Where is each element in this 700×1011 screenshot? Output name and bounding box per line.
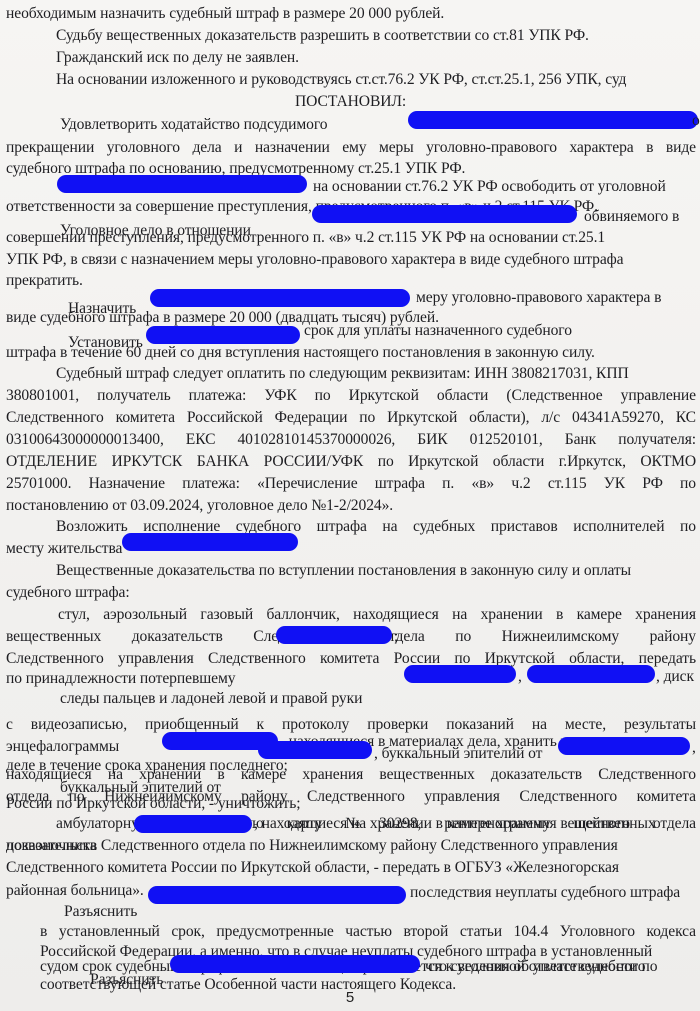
redaction-mark: [134, 815, 252, 833]
text-fragment: срок для уплаты назначенного судебного: [304, 322, 572, 340]
redaction-mark: [404, 665, 516, 683]
redaction-mark: [170, 955, 420, 973]
text-line: прекратить.: [6, 272, 83, 290]
text-line: необходимым назначить судебный штраф в р…: [6, 5, 444, 23]
text-fragment: следы пальцев и ладоней левой и правой р…: [60, 690, 362, 708]
text-fragment: ,: [692, 739, 696, 757]
text-line: Судьбу вещественных доказательств разреш…: [56, 27, 589, 45]
text-fragment: о: [692, 112, 700, 130]
text-line: доказательств Следственного отдела по Ни…: [6, 837, 696, 855]
text-line: Судебный штраф следует оплатить по следу…: [56, 365, 696, 383]
section-heading: ПОСТАНОВИЛ:: [295, 93, 406, 111]
text-line: ОТДЕЛЕНИЕ ИРКУТСК БАНКА РОССИИ/УФК по Ир…: [6, 453, 696, 471]
text-line: На основании изложенного и руководствуяс…: [56, 71, 696, 89]
page-number: 5: [0, 989, 700, 1006]
text-line: Следственного комитета Российской Федера…: [6, 409, 696, 427]
text-fragment: энцефалограммы: [6, 738, 119, 756]
redaction-mark: [258, 741, 372, 759]
text-line: Вещественные доказательства по вступлени…: [56, 562, 696, 580]
text-fragment: обвиняемого в: [584, 208, 679, 226]
text-line: Гражданский иск по делу не заявлен.: [56, 49, 299, 67]
text-line: с видеозаписью, приобщенный к протоколу …: [6, 716, 696, 734]
text-line: находящиеся на хранении в камере хранени…: [6, 766, 696, 784]
text-line: в установленный срок, предусмотренные ча…: [40, 923, 696, 941]
text-fragment: по принадлежности потерпевшему: [6, 670, 235, 688]
redaction-mark: [276, 626, 392, 644]
text-fragment: что сведения об уплате судебного: [425, 958, 645, 976]
scanned-document-page: необходимым назначить судебный штраф в р…: [0, 0, 700, 1011]
redaction-mark: [146, 326, 300, 344]
text-fragment: , буккальный эпителий от: [374, 745, 542, 763]
redaction-mark: [527, 665, 655, 683]
text-fragment: , находящиеся на хранении в камере хране…: [254, 815, 656, 833]
redaction-mark: [150, 289, 410, 307]
text-fragment: последствия неуплаты судебного штрафа: [410, 884, 680, 902]
text-line: совершении преступления, предусмотренног…: [6, 229, 696, 247]
text-line: Следственного комитета России по Иркутск…: [6, 859, 696, 877]
text-line: Удовлетворить ходатайство подсудимого: [60, 116, 327, 134]
text-fragment: ;: [394, 628, 398, 646]
text-fragment: Удовлетворить ходатайство подсудимого: [60, 116, 327, 133]
redaction-mark: [408, 111, 698, 129]
text-line: районная больница».: [6, 882, 144, 900]
text-line: постановлению от 03.09.2024, уголовное д…: [6, 497, 393, 515]
text-line: России по Иркутской области, - уничтожит…: [6, 795, 300, 813]
text-line: штрафа в течение 60 дней со дня вступлен…: [6, 344, 595, 362]
text-fragment: месту жительства: [6, 540, 122, 558]
text-fragment: Разъяснить: [64, 903, 137, 921]
text-line: УПК РФ, в связи с назначением меры уголо…: [6, 251, 623, 269]
text-line: стул, аэрозольный газовый баллончик, нах…: [58, 606, 696, 624]
redaction-mark: [558, 737, 690, 755]
text-fragment: Разъяснить: [90, 971, 163, 989]
redaction-mark: [57, 175, 307, 193]
redaction-mark: [148, 886, 406, 904]
redaction-mark: [122, 533, 298, 551]
text-line: 380801001, получатель платежа: УФК по Ир…: [6, 387, 696, 405]
text-line: прекращении уголовного дела и назначении…: [6, 139, 696, 157]
redaction-mark: [312, 205, 577, 223]
text-fragment: на основании ст.76.2 УК РФ освободить от…: [313, 178, 666, 196]
text-fragment: меру уголовно-правового характера в: [416, 289, 661, 307]
text-line: судебного штрафа:: [6, 584, 130, 602]
text-line: 25701000. Назначение платежа: «Перечисле…: [6, 475, 696, 493]
text-fragment: , диск: [656, 668, 694, 686]
text-line: 03100643000000013400, ЕКС 40102810145370…: [6, 431, 696, 449]
text-fragment: ,: [518, 668, 522, 686]
